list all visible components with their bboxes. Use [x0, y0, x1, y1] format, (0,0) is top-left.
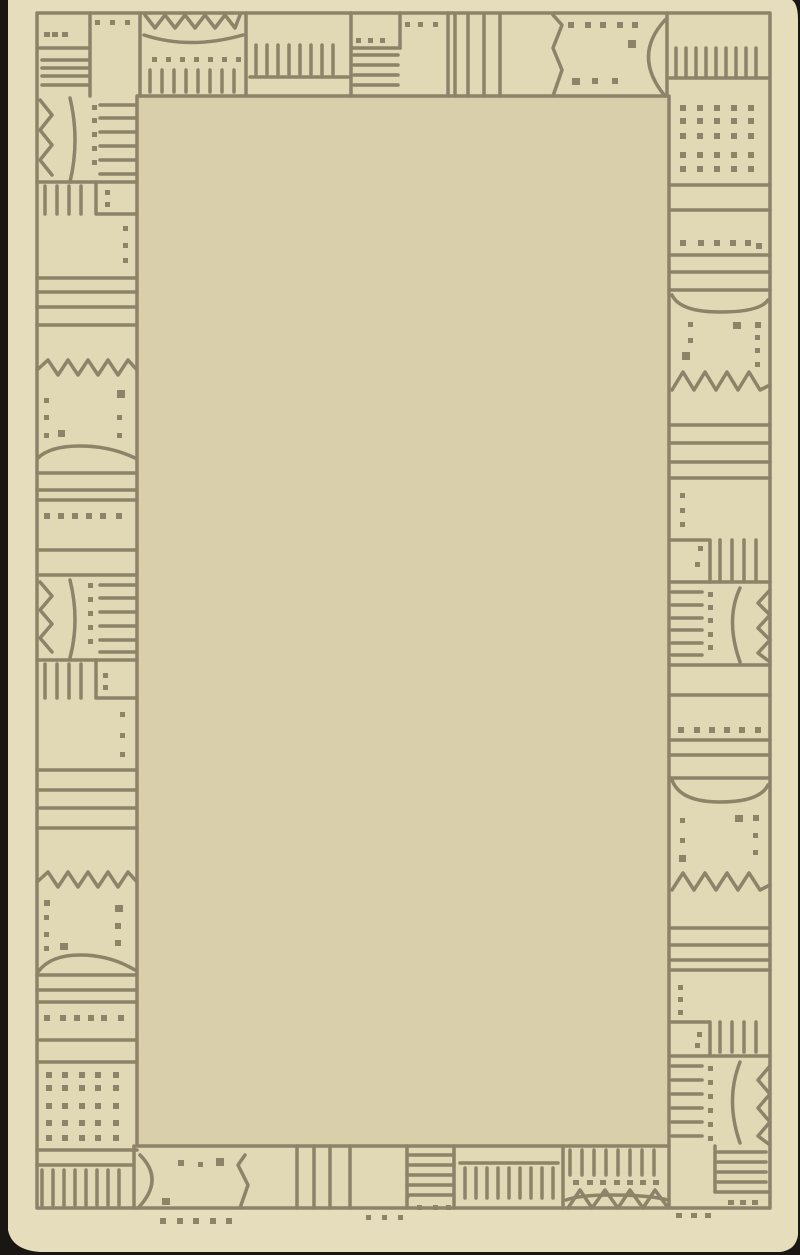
border-frame [37, 13, 770, 1208]
inner-field [137, 96, 669, 1146]
rug [6, 0, 800, 1255]
